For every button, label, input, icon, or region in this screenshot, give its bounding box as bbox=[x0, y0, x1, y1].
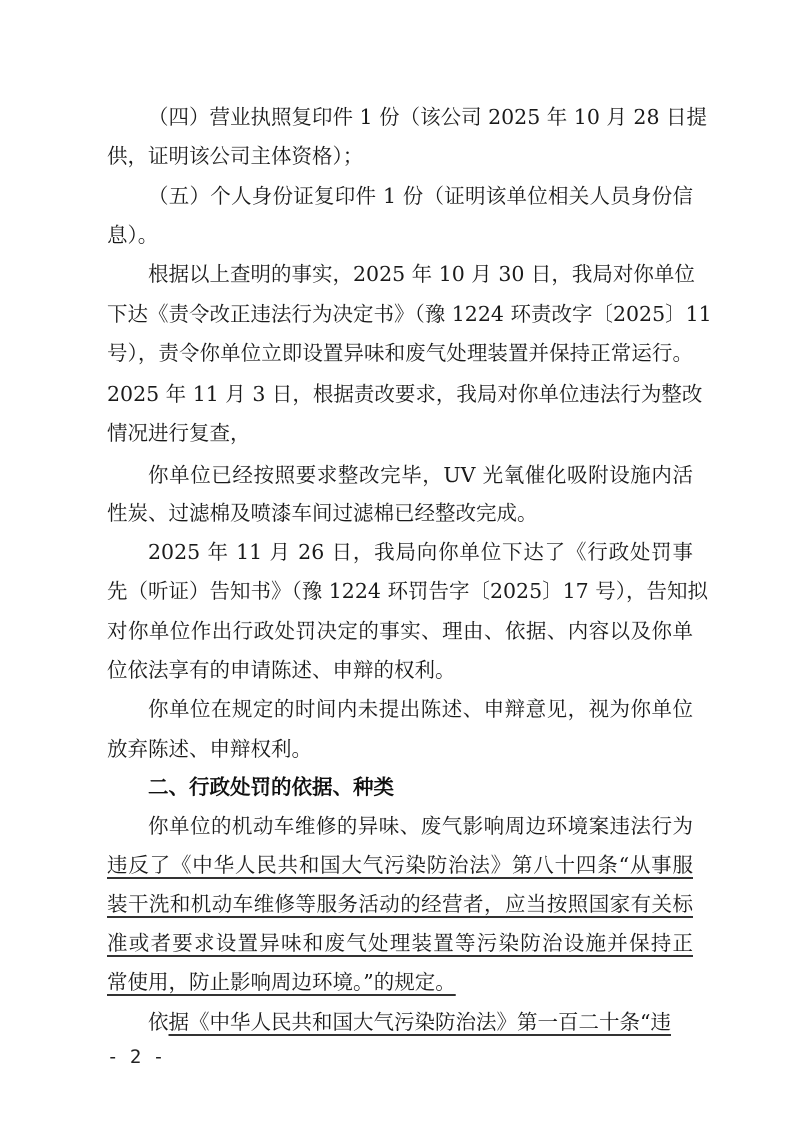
underlined-citation-line: 违反了《中华人民共和国大气污染防治法》第八十四条“从事服 bbox=[107, 845, 693, 885]
paragraph-line: 你单位在规定的时间内未提出陈述、申辩意见，视为你单位 bbox=[107, 689, 693, 729]
section-heading: 二、行政处罚的依据、种类 bbox=[107, 767, 693, 807]
paragraph-line: 位依法享有的申请陈述、申辩的权利。 bbox=[107, 650, 693, 690]
paragraph-line: 放弃陈述、申辩权利。 bbox=[107, 729, 693, 769]
paragraph-line: 2025 年 11 月 26 日，我局向你单位下达了《行政处罚事 bbox=[107, 532, 693, 572]
paragraph-line: 对你单位作出行政处罚决定的事实、理由、依据、内容以及你单 bbox=[107, 611, 693, 651]
paragraph-line: 先（听证）告知书》（豫 1224 环罚告字〔2025〕17 号），告知拟 bbox=[107, 571, 693, 611]
underlined-citation-line: 常使用，防止影响周边环境。”的规定。 bbox=[107, 962, 456, 1002]
paragraph-line: （四）营业执照复印件 1 份（该公司 2025 年 10 月 28 日提 bbox=[107, 97, 693, 137]
paragraph-line: 息）。 bbox=[107, 215, 693, 255]
page-number: - 2 - bbox=[107, 1043, 164, 1071]
document-page: （四）营业执照复印件 1 份（该公司 2025 年 10 月 28 日提 供，证… bbox=[0, 0, 793, 1122]
paragraph-line: 2025 年 11 月 3 日，根据责改要求，我局对你单位违法行为整改 bbox=[107, 374, 693, 414]
paragraph-line: 依据《中华人民共和国大气污染防治法》第一百二十条“违 bbox=[107, 1002, 693, 1042]
paragraph-line: 你单位的机动车维修的异味、废气影响周边环境案违法行为 bbox=[107, 806, 693, 846]
underlined-citation: 据《中华人民共和国大气污染防治法》第一百二十条“违 bbox=[169, 1010, 671, 1034]
paragraph-prefix: 依 bbox=[148, 1010, 169, 1034]
paragraph-line: （五）个人身份证复印件 1 份（证明该单位相关人员身份信 bbox=[107, 176, 693, 216]
underlined-citation-line: 装干洗和机动车维修等服务活动的经营者，应当按照国家有关标 bbox=[107, 884, 693, 924]
paragraph-line: 你单位已经按照要求整改完毕，UV 光氧催化吸附设施内活 bbox=[107, 455, 693, 495]
paragraph-line: 供，证明该公司主体资格）； bbox=[107, 136, 693, 176]
underlined-citation-line: 准或者要求设置异味和废气处理装置等污染防治设施并保持正 bbox=[107, 923, 693, 963]
paragraph-line: 性炭、过滤棉及喷漆车间过滤棉已经整改完成。 bbox=[107, 493, 693, 533]
paragraph-line: 下达《责令改正违法行为决定书》（豫 1224 环责改字〔2025〕11 bbox=[107, 294, 693, 334]
paragraph-line: 情况进行复查， bbox=[107, 413, 693, 453]
paragraph-line: 根据以上查明的事实，2025 年 10 月 30 日，我局对你单位 bbox=[107, 254, 693, 294]
paragraph-line: 号），责令你单位立即设置异味和废气处理装置并保持正常运行。 bbox=[107, 333, 693, 373]
